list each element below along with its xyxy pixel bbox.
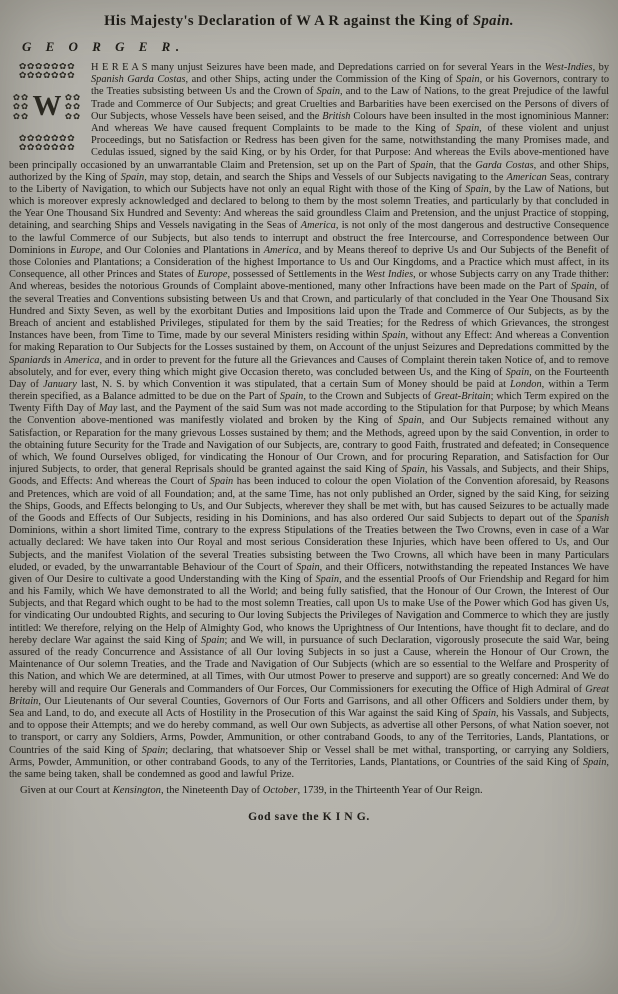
declaration-body-text: H E R E A S many unjust Seizures have be… <box>9 62 609 780</box>
royal-signature: G E O R G E R. <box>22 39 609 55</box>
dropcap-letter: W <box>33 100 62 115</box>
document-title: His Majesty's Declaration of W A R again… <box>9 13 609 30</box>
god-save-the-king: God save the K I N G. <box>9 810 609 823</box>
fleuron-border-right-icon: ✿✿ ✿✿ ✿✿ <box>63 94 83 123</box>
fleuron-border-top-icon: ✿✿✿✿✿✿✿ ✿✿✿✿✿✿✿ <box>11 63 83 81</box>
declaration-document-page: His Majesty's Declaration of W A R again… <box>0 0 618 994</box>
dateline: Given at our Court at Kensington, the Ni… <box>9 784 609 797</box>
declaration-body: ✿✿✿✿✿✿✿ ✿✿✿✿✿✿✿ ✿✿ ✿✿ ✿✿ W ✿✿ ✿✿ ✿✿ ✿✿✿✿… <box>9 62 609 781</box>
ornamental-initial-W: ✿✿✿✿✿✿✿ ✿✿✿✿✿✿✿ ✿✿ ✿✿ ✿✿ W ✿✿ ✿✿ ✿✿ ✿✿✿✿… <box>11 63 83 153</box>
fleuron-border-bottom-icon: ✿✿✿✿✿✿✿ ✿✿✿✿✿✿✿ <box>11 135 83 153</box>
fleuron-border-left-icon: ✿✿ ✿✿ ✿✿ <box>11 94 31 123</box>
